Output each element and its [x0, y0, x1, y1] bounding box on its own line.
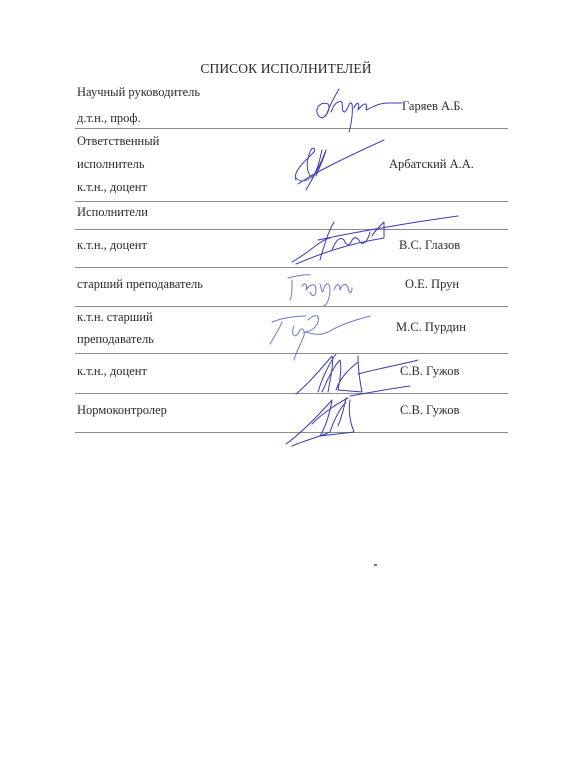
signature-garyaev: [317, 89, 402, 132]
role-degree: к.т.н., доцент: [77, 364, 147, 379]
row-divider: [75, 432, 508, 433]
signature-arbatsky: [295, 140, 384, 190]
section-label: Исполнители: [77, 205, 148, 220]
role-degree: к.т.н., доцент: [77, 180, 147, 195]
row-divider: [75, 128, 508, 129]
person-name: С.В. Гужов: [400, 403, 459, 418]
row-divider: [75, 201, 508, 202]
signature-prun: [288, 275, 352, 306]
row-divider: [75, 267, 508, 268]
row-divider: [75, 353, 508, 354]
role-label: старший преподаватель: [77, 277, 203, 292]
scan-speck: [374, 564, 377, 566]
role-label: Нормоконтролер: [77, 403, 167, 418]
person-name: М.С. Пурдин: [396, 320, 466, 335]
row-divider: [75, 306, 508, 307]
document-title: СПИСОК ИСПОЛНИТЕЛЕЙ: [0, 61, 572, 77]
role-label: исполнитель: [77, 157, 145, 172]
row-divider: [75, 393, 508, 394]
role-degree: к.т.н. старший: [77, 310, 153, 325]
row-divider: [75, 229, 508, 230]
role-degree: к.т.н., доцент: [77, 238, 147, 253]
person-name: С.В. Гужов: [400, 364, 459, 379]
signature-guzhov-2: [286, 386, 410, 446]
person-name: В.С. Глазов: [399, 238, 460, 253]
person-name: Арбатский А.А.: [389, 157, 474, 172]
role-label: Ответственный: [77, 134, 159, 149]
role-label: преподаватель: [77, 332, 154, 347]
role-label: Научный руководитель: [77, 85, 200, 100]
person-name: Гаряев А.Б.: [402, 99, 464, 114]
role-degree: д.т.н., проф.: [77, 111, 141, 126]
person-name: О.Е. Прун: [405, 277, 459, 292]
